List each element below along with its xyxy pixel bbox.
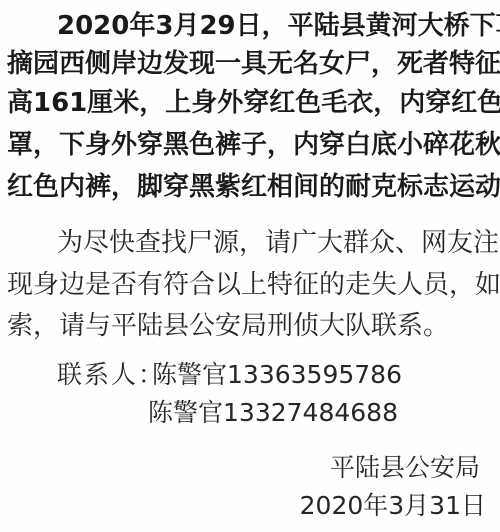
issuer-name: 平陆县公安局 xyxy=(330,451,480,485)
contact-phone[interactable]: 13327484688 xyxy=(223,398,398,427)
contact-name: 陈警官 xyxy=(148,398,223,427)
contact-phone[interactable]: 13363595786 xyxy=(227,360,402,389)
paragraph-line: 为尽快查找尸源，请广大群众、网友注意发 xyxy=(57,226,493,260)
paragraph-line: 高161厘米，上身外穿红色毛衣，内穿红色胸 xyxy=(7,86,493,120)
contact-item: 陈警官13327484688 xyxy=(148,396,398,430)
notice-page: 2020年3月29日，平陆县黄河大桥下草莓采 摘园西侧岸边发现一具无名女尸，死者… xyxy=(0,0,500,532)
contact-name: 陈警官 xyxy=(152,360,227,389)
paragraph-line: 索，请与平陆县公安局刑侦大队联系。 xyxy=(7,309,493,343)
paragraph-line: 2020年3月29日，平陆县黄河大桥下草莓采 xyxy=(57,9,493,43)
paragraph-line: 摘园西侧岸边发现一具无名女尸，死者特征：身 xyxy=(7,47,493,81)
paragraph-line: 红色内裤，脚穿黑紫红相间的耐克标志运动鞋。 xyxy=(7,170,493,204)
paragraph-line: 罩，下身外穿黑色裤子，内穿白底小碎花秋裤、 xyxy=(7,128,493,162)
contact-item: 陈警官13363595786 xyxy=(152,358,402,392)
contact-label: 联系人： xyxy=(57,358,165,392)
paragraph-line: 现身边是否有符合以上特征的走失人员，如有线 xyxy=(7,268,493,302)
issue-date: 2020年3月31日 xyxy=(300,489,486,523)
